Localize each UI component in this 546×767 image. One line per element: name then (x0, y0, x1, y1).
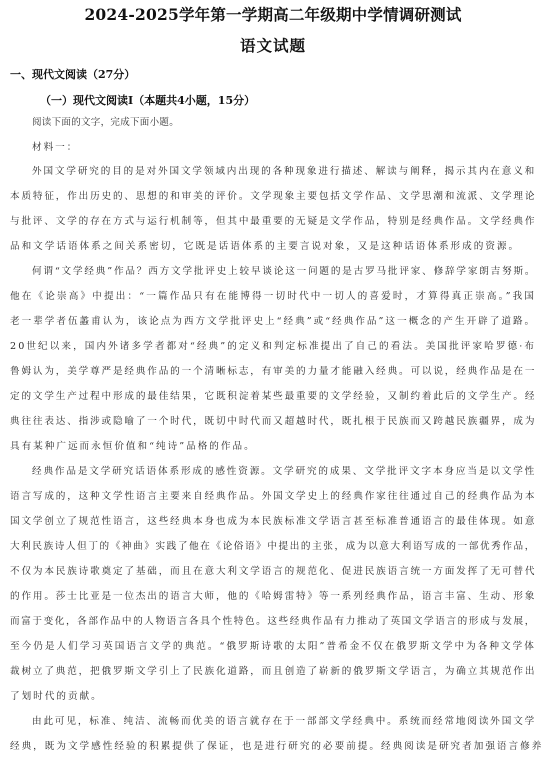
paragraph-line: 他在《论崇高》中提出：“一篇作品只有在能博得一切时代中一切人的喜爱时，才算得真正… (10, 291, 536, 303)
paragraph-line: 何谓“文学经典”作品？西方文学批评史上较早谈论这一问题的是古罗马批评家、修辞学家… (32, 266, 536, 278)
paragraph-line: 老一辈学者伍蠡甫认为，该论点为西方文学批评史上“经典”或“经典作品”这一概念的产… (10, 316, 536, 328)
subsection-heading: （一）现代文阅读Ⅰ（本题共4小题，15分） (40, 92, 255, 108)
exam-title: 2024-2025学年第一学期高二年级期中学情调研测试 (0, 3, 546, 25)
paragraph-line: 由此可见，标准、纯洁、流畅而优美的语言就存在于一部部文学经典中。系统而经常地阅读… (32, 716, 536, 728)
paragraph-line: 了划时代的贡献。 (10, 691, 103, 703)
paragraph-line: 不仅为本民族诗歌奠定了基础，而且在意大利文学语言的规范化、促进民族语言统一方面发… (10, 566, 536, 578)
paragraph-line: 20世纪以来，国内外诸多学者都对“经典”的定义和判定标准提出了自己的看法。美国批… (10, 341, 536, 353)
paragraph-line: 本质特征，作出历史的、思想的和审美的评价。文学现象主要包括文学作品、文学思潮和流… (10, 191, 536, 203)
paragraph-line: 裁树立了典范，把俄罗斯文学引上了民族化道路，而且创造了崭新的俄罗斯文学语言，为确… (10, 666, 536, 678)
paragraph-line: 典往往表达、指涉或隐喻了一个时代，既切中时代而又超越时代，既扎根于民族而又跨越民… (10, 416, 536, 428)
paragraph-line: 至今仍是人们学习英国语言文学的典范。“俄罗斯诗歌的太阳”普希金不仅在俄罗斯文学中… (10, 641, 536, 653)
paragraph-line: 经典，既为文学感性经验的积累提供了保证，也是进行研究的必要前提。经典阅读是研究者… (10, 741, 543, 753)
paragraph-line: 语言写成的，这种文学性语言主要来自经典作品。外国文学史上的经典作家往往通过自己的… (10, 491, 536, 503)
paragraph-line: 品和文学话语体系之间关系密切，它既是话语体系的主要言说对象，又是这种话语体系形成… (10, 241, 520, 253)
paragraph-line: 大利民族诗人但丁的《神曲》实践了他在《论俗语》中提出的主张，成为以意大利语写成的… (10, 541, 536, 553)
instruction-text: 阅读下面的文字，完成下面小题。 (32, 117, 536, 129)
paragraph-line: 外国文学研究的目的是对外国文学领域内出现的各种现象进行描述、解读与阐释，揭示其内… (32, 166, 536, 178)
paragraph-line: 具有某种广远而永恒价值和“纯诗”品格的作品。 (10, 441, 256, 453)
paragraph-line: 国文学创立了规范性语言，这些经典本身也成为本民族标准文学语言甚至标准普通语言的最… (10, 516, 536, 528)
exam-subtitle: 语文试题 (0, 34, 546, 56)
paragraph-line: 经典作品是文学研究话语体系形成的感性资源。文学研究的成果、文学批评文字本身应当是… (32, 466, 536, 478)
paragraph-line: 而富于变化，各部作品中的人物语言各具个性特色。这些经典作品有力推动了英国文学语言… (10, 616, 536, 628)
section-heading: 一、现代文阅读（27分） (10, 66, 135, 82)
paragraph-line: 鲁姆认为，美学尊严是经典作品的一个清晰标志，有审美的力量才能融入经典。可以说，经… (10, 366, 536, 378)
material-label: 材料一： (32, 142, 78, 154)
paragraph-line: 与批评、文学的存在方式与运行机制等，但其中最重要的无疑是文学作品，特别是经典作品… (10, 216, 536, 228)
paragraph-line: 定的文学生产过程中形成的最佳结果，它既积淀着某些最重要的文学经验，又制约着此后的… (10, 391, 536, 403)
paragraph-line: 的作用。莎士比亚是一位杰出的语言大师，他的《哈姆雷特》等一系列经典作品，语言丰富… (10, 591, 536, 603)
